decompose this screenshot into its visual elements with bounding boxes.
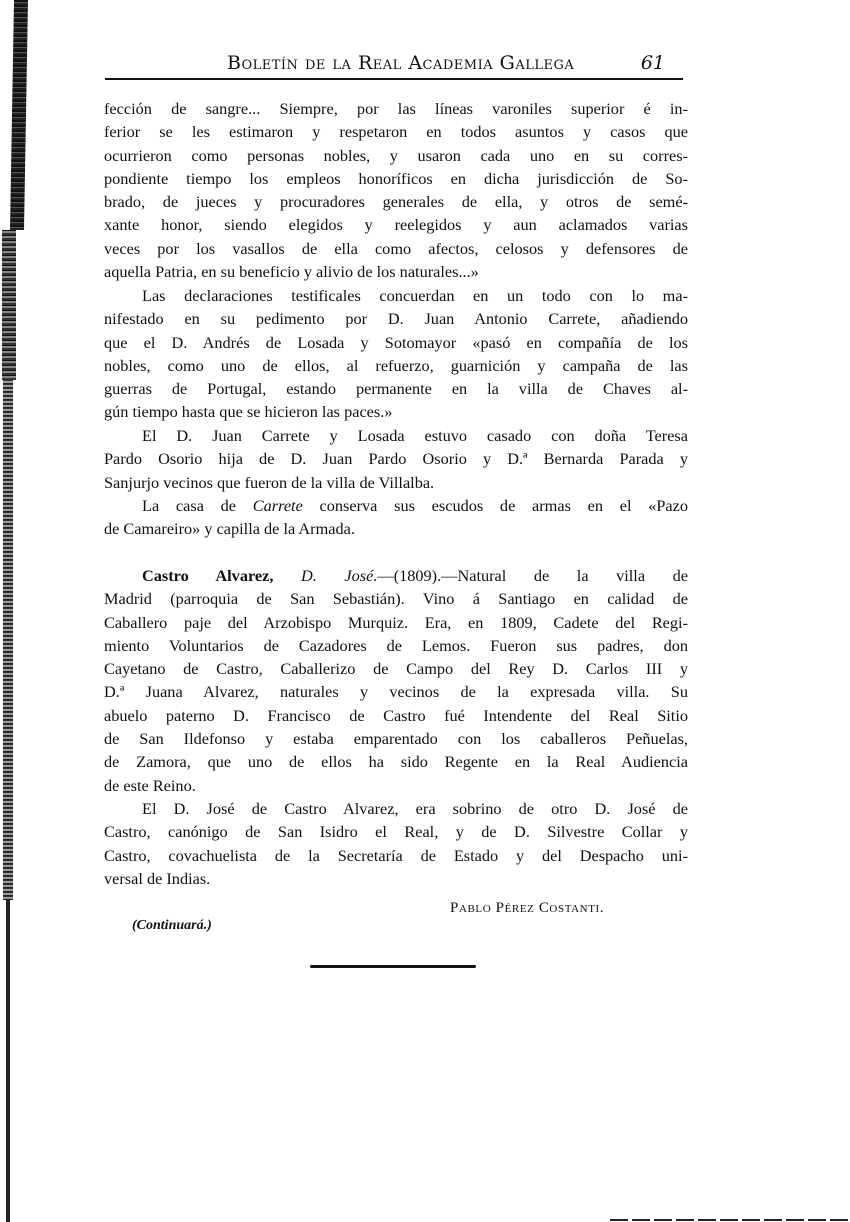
text-line: miento Voluntarios de Cazadores de Lemos… xyxy=(104,634,688,657)
text-line: gún tiempo hasta que se hicieron las pac… xyxy=(104,400,688,423)
entry-name: Castro Alvarez, xyxy=(142,566,273,585)
entry-given-name: D. José. xyxy=(301,566,377,585)
text-line: Castro, covachuelista de la Secretaría d… xyxy=(104,844,688,867)
paragraph-6: El D. José de Castro Alvarez, era sobrin… xyxy=(104,797,688,890)
journal-title: Boletín de la Real Academia Gallega xyxy=(227,52,574,74)
text-line: guerras de Portugal, estando permanente … xyxy=(104,377,688,400)
page-number: 61 xyxy=(641,52,665,74)
text-line: nobles, como uno de ellos, al refuerzo, … xyxy=(104,354,688,377)
paragraph-2: Las declaraciones testificales concuerda… xyxy=(104,284,688,424)
text-line: de este Reino. xyxy=(104,774,688,797)
entry-heading-line: Castro Alvarez, D. José.—(1809).—Natural… xyxy=(104,564,688,587)
running-header: Boletín de la Real Academia Gallega 61 xyxy=(105,50,683,80)
text-line: Castro, canónigo de San Isidro el Real, … xyxy=(104,820,688,843)
page-bottom-rule xyxy=(610,1219,850,1221)
text-line: Sanjurjo vecinos que fueron de la villa … xyxy=(104,471,688,494)
text-line: La casa de Carrete conserva sus escudos … xyxy=(104,494,688,517)
book-binding-edge xyxy=(0,0,28,1222)
text-line: abuelo paterno D. Francisco de Castro fu… xyxy=(104,704,688,727)
paragraph-3: El D. Juan Carrete y Losada estuvo casad… xyxy=(104,424,688,494)
entry-castro-alvarez: Castro Alvarez, D. José.—(1809).—Natural… xyxy=(104,564,688,797)
text-line: de Zamora, que uno de ellos ha sido Rege… xyxy=(104,750,688,773)
text-line: que el D. Andrés de Losada y Sotomayor «… xyxy=(104,331,688,354)
paragraph-1: fección de sangre... Siempre, por las lí… xyxy=(104,97,688,283)
text-line: de San Ildefonso y estaba emparentado co… xyxy=(104,727,688,750)
text-line: El D. Juan Carrete y Losada estuvo casad… xyxy=(104,424,688,447)
text-line: El D. José de Castro Alvarez, era sobrin… xyxy=(104,797,688,820)
section-end-rule xyxy=(310,965,476,968)
text-line: de Camareiro» y capilla de la Armada. xyxy=(104,517,688,540)
italic-name: Carrete xyxy=(253,496,303,515)
text-line: Las declaraciones testificales concuerda… xyxy=(104,284,688,307)
text-line: Madrid (parroquia de San Sebastián). Vin… xyxy=(104,587,688,610)
text-line: veces por los vasallos de ella como afec… xyxy=(104,237,688,260)
text-line: pondiente tiempo los empleos honoríficos… xyxy=(104,167,688,190)
text-line: Pardo Osorio hija de D. Juan Pardo Osori… xyxy=(104,447,688,470)
author-signature: Pablo Pérez Costanti. xyxy=(450,900,604,917)
text-line: nifestado en su pedimento por D. Juan An… xyxy=(104,307,688,330)
text-line: ferior se les estimaron y respetaron en … xyxy=(104,120,688,143)
text-line: Caballero paje del Arzobispo Murquiz. Er… xyxy=(104,611,688,634)
text-line: fección de sangre... Siempre, por las lí… xyxy=(104,97,688,120)
text-line: versal de Indias. xyxy=(104,867,688,890)
paragraph-4: La casa de Carrete conserva sus escudos … xyxy=(104,494,688,541)
text-line: aquella Patria, en su beneficio y alivio… xyxy=(104,260,688,283)
text-line: xante honor, siendo elegidos y reelegido… xyxy=(104,213,688,236)
text-line: D.ª Juana Alvarez, naturales y vecinos d… xyxy=(104,680,688,703)
continuation-note: (Continuará.) xyxy=(132,918,212,934)
text-line: brado, de jueces y procuradores generale… xyxy=(104,190,688,213)
text-line: Cayetano de Castro, Caballerizo de Campo… xyxy=(104,657,688,680)
text-line: ocurrieron como personas nobles, y usaro… xyxy=(104,144,688,167)
